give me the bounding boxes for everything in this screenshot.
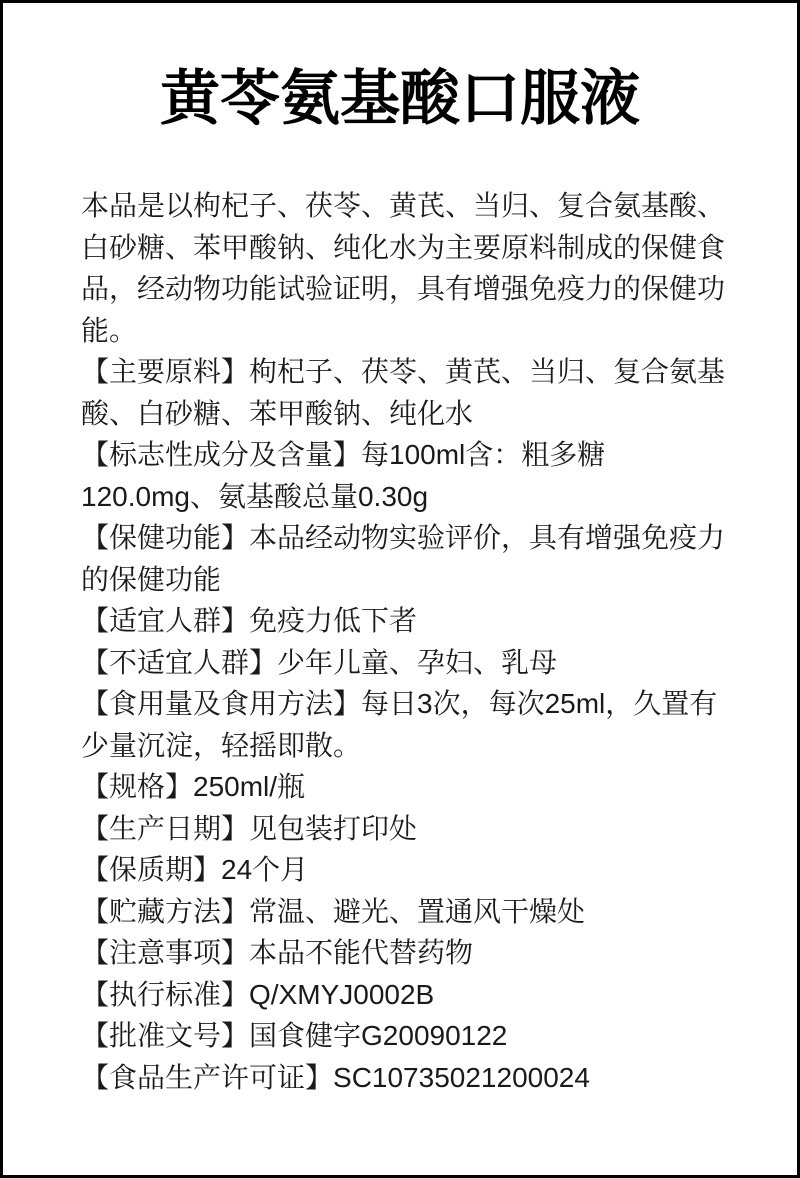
section-value: 国食健字G20090122 bbox=[249, 1020, 507, 1051]
section-unsuitable-group: 【不适宜人群】少年儿童、孕妇、乳母 bbox=[81, 642, 741, 684]
section-label: 【贮藏方法】 bbox=[81, 896, 249, 927]
section-label: 【不适宜人群】 bbox=[81, 647, 277, 678]
section-shelf-life: 【保质期】24个月 bbox=[81, 849, 741, 891]
section-main-ingredients: 【主要原料】枸杞子、茯苓、黄芪、当归、复合氨基酸、白砂糖、苯甲酸钠、纯化水 bbox=[81, 351, 741, 434]
section-label: 【保质期】 bbox=[81, 854, 221, 885]
section-marker-components: 【标志性成分及含量】每100ml含：粗多糖120.0mg、氨基酸总量0.30g bbox=[81, 434, 741, 517]
section-label: 【生产日期】 bbox=[81, 813, 249, 844]
section-value: Q/XMYJ0002B bbox=[249, 979, 434, 1010]
section-value: 24个月 bbox=[221, 854, 308, 885]
section-storage-method: 【贮藏方法】常温、避光、置通风干燥处 bbox=[81, 891, 741, 933]
section-value: 常温、避光、置通风干燥处 bbox=[249, 896, 585, 927]
section-approval-number: 【批准文号】国食健字G20090122 bbox=[81, 1015, 741, 1057]
section-suitable-group: 【适宜人群】免疫力低下者 bbox=[81, 600, 741, 642]
section-dosage-method: 【食用量及食用方法】每日3次，每次25ml，久置有少量沉淀，轻摇即散。 bbox=[81, 683, 741, 766]
section-production-date: 【生产日期】见包装打印处 bbox=[81, 808, 741, 850]
product-description: 本品是以枸杞子、茯苓、黄芪、当归、复合氨基酸、白砂糖、苯甲酸钠、纯化水为主要原料… bbox=[81, 185, 741, 351]
section-precautions: 【注意事项】本品不能代替药物 bbox=[81, 932, 741, 974]
section-label: 【食用量及食用方法】 bbox=[81, 688, 361, 719]
section-value: 见包装打印处 bbox=[249, 813, 417, 844]
section-executive-standard: 【执行标准】Q/XMYJ0002B bbox=[81, 974, 741, 1016]
section-production-license: 【食品生产许可证】SC10735021200024 bbox=[81, 1057, 741, 1099]
section-value: SC10735021200024 bbox=[333, 1062, 590, 1093]
section-label: 【保健功能】 bbox=[81, 522, 249, 553]
section-label: 【执行标准】 bbox=[81, 979, 249, 1010]
section-label: 【规格】 bbox=[81, 771, 193, 802]
section-health-function: 【保健功能】本品经动物实验评价，具有增强免疫力的保健功能 bbox=[81, 517, 741, 600]
product-title: 黄苓氨基酸口服液 bbox=[3, 63, 797, 135]
section-value: 少年儿童、孕妇、乳母 bbox=[277, 647, 557, 678]
section-specification: 【规格】250ml/瓶 bbox=[81, 766, 741, 808]
section-label: 【标志性成分及含量】 bbox=[81, 439, 361, 470]
product-label-page: 黄苓氨基酸口服液 本品是以枸杞子、茯苓、黄芪、当归、复合氨基酸、白砂糖、苯甲酸钠… bbox=[0, 0, 800, 1178]
section-value: 本品不能代替药物 bbox=[249, 937, 473, 968]
section-label: 【主要原料】 bbox=[81, 356, 249, 387]
section-label: 【批准文号】 bbox=[81, 1020, 249, 1051]
section-label: 【注意事项】 bbox=[81, 937, 249, 968]
product-details: 本品是以枸杞子、茯苓、黄芪、当归、复合氨基酸、白砂糖、苯甲酸钠、纯化水为主要原料… bbox=[81, 185, 741, 1098]
section-label: 【适宜人群】 bbox=[81, 605, 249, 636]
section-label: 【食品生产许可证】 bbox=[81, 1062, 333, 1093]
section-value: 免疫力低下者 bbox=[249, 605, 417, 636]
section-value: 250ml/瓶 bbox=[193, 771, 305, 802]
